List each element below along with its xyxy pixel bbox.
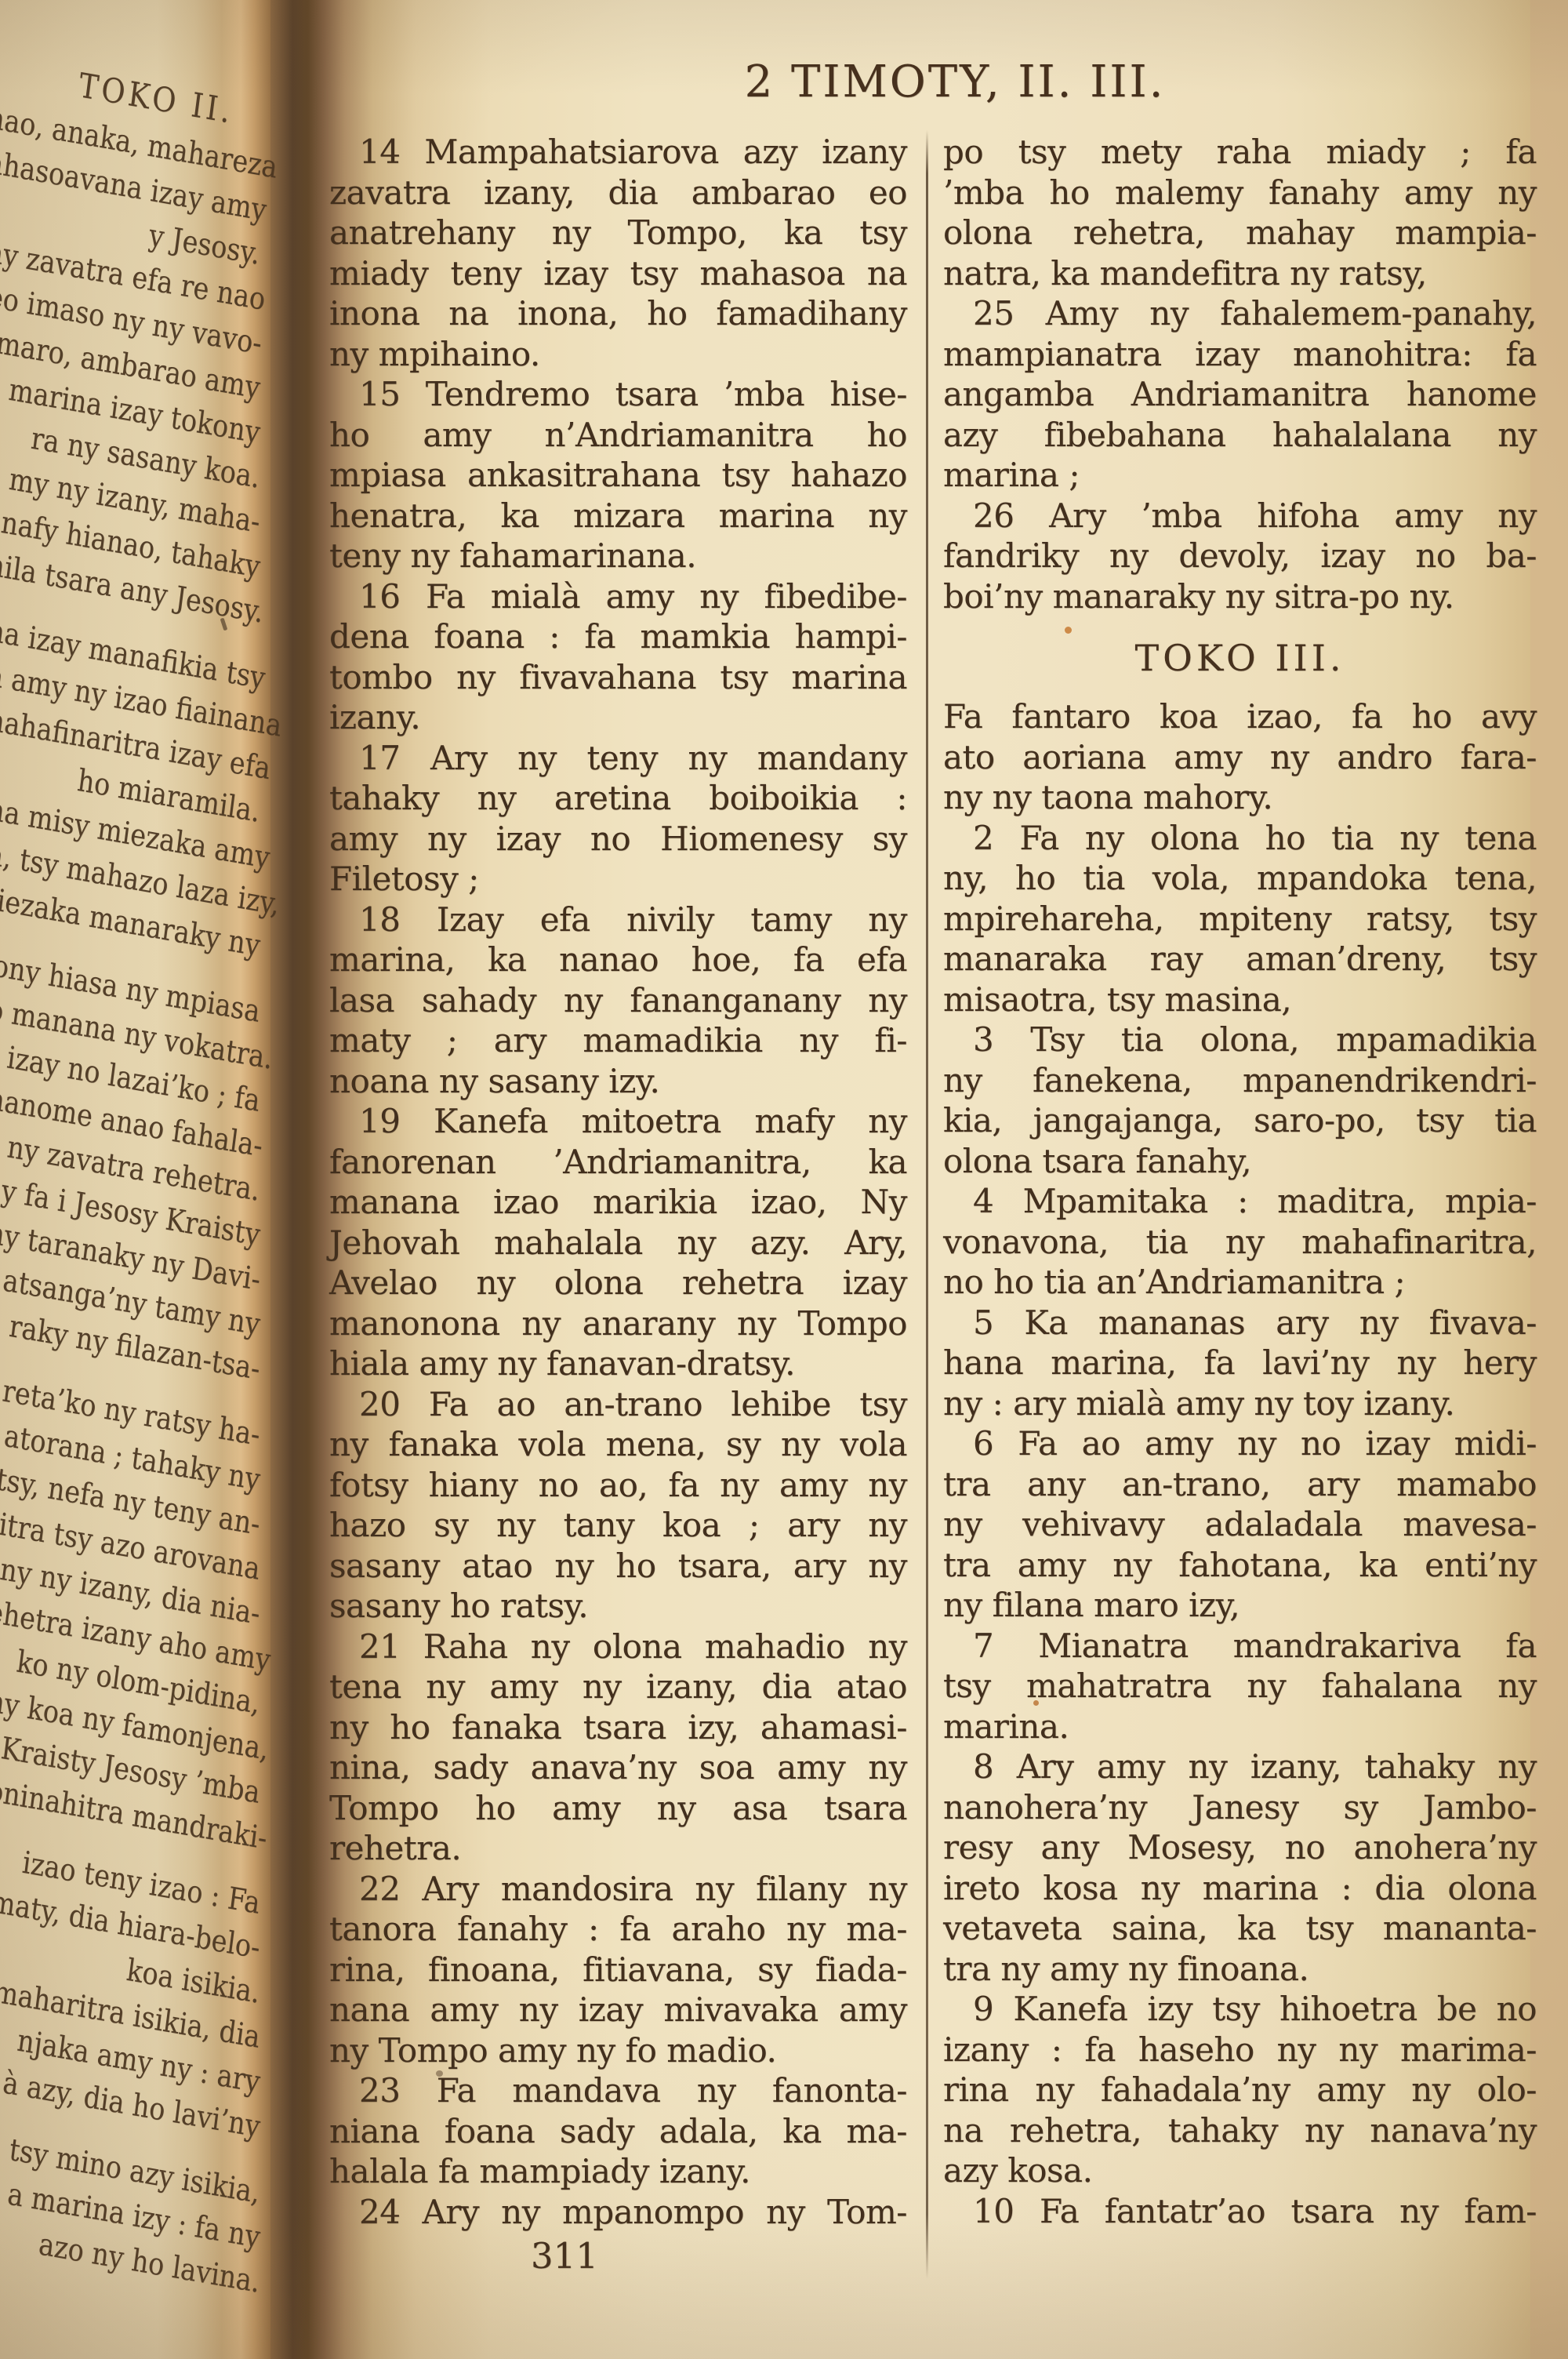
text-line: sasany atao ny ho tsara, ary ny bbox=[329, 1546, 907, 1587]
text-line: 24 Ary ny mpanompo ny Tom- bbox=[329, 2192, 907, 2233]
text-line: ny fanekena, mpanendrikendri- bbox=[943, 1060, 1537, 1101]
text-line: tra any an-trano, ary mamabo bbox=[943, 1464, 1537, 1505]
text-line: nina, sady anava’ny soa amy ny bbox=[329, 1747, 907, 1788]
text-line: 21 Raha ny olona mahadio ny bbox=[329, 1627, 907, 1667]
text-line: fotsy hiany no ao, fa ny amy ny bbox=[329, 1465, 907, 1506]
text-line: rina ny fahadala’ny amy ny olo- bbox=[943, 2070, 1537, 2110]
text-line: 9 Kanefa izy tsy hihoetra be no bbox=[943, 1989, 1537, 2030]
text-line: 15 Tendremo tsara ’mba hise- bbox=[329, 374, 907, 415]
text-line: Avelao ny olona rehetra izay bbox=[329, 1263, 907, 1303]
paper-speck bbox=[1033, 1700, 1039, 1706]
text-line: kia, jangajanga, saro-po, tsy tia bbox=[943, 1100, 1537, 1141]
text-line: ny filana maro izy, bbox=[943, 1585, 1537, 1626]
text-line: boi’ny manaraky ny sitra-po ny. bbox=[943, 576, 1537, 617]
text-line: hana marina, fa lavi’ny ny hery bbox=[943, 1343, 1537, 1383]
text-line: 23 Fa mandava ny fanonta- bbox=[329, 2070, 907, 2111]
text-line: ho amy n’Andriamanitra ho bbox=[329, 415, 907, 456]
text-line: 16 Fa mialà amy ny fibedibe- bbox=[329, 576, 907, 617]
text-line: maty ; ary mamadikia ny fi- bbox=[329, 1020, 907, 1061]
text-line: anatrehany ny Tompo, ka tsy bbox=[329, 213, 907, 253]
text-line: fandriky ny devoly, izay no ba- bbox=[943, 536, 1537, 576]
text-line: ny mpihaino. bbox=[329, 334, 907, 375]
text-line: 6 Fa ao amy ny no izay midi- bbox=[943, 1423, 1537, 1464]
text-line: tra amy ny fahotana, ka enti’ny bbox=[943, 1545, 1537, 1586]
text-line: 8 Ary amy ny izany, tahaky ny bbox=[943, 1747, 1537, 1787]
text-line: vetaveta saina, ka tsy mananta- bbox=[943, 1908, 1537, 1949]
text-line: teny ny fahamarinana. bbox=[329, 536, 907, 576]
text-line: niana foana sady adala, ka ma- bbox=[329, 2111, 907, 2152]
text-line: 7 Mianatra mandrakariva fa bbox=[943, 1626, 1537, 1667]
text-line: 20 Fa ao an-trano lehibe tsy bbox=[329, 1384, 907, 1425]
text-line: dena foana : fa mamkia hampi- bbox=[329, 616, 907, 657]
text-line: mpirehareha, mpiteny ratsy, tsy bbox=[943, 899, 1537, 940]
text-line: sasany ho ratsy. bbox=[329, 1586, 907, 1627]
text-line: manana izao marikia izao, Ny bbox=[329, 1182, 907, 1223]
text-line: henatra, ka mizara marina ny bbox=[329, 496, 907, 536]
text-line: mpiasa ankasitrahana tsy hahazo bbox=[329, 455, 907, 496]
text-line: angamba Andriamanitra hanome bbox=[943, 374, 1537, 415]
left-column: 14 Mampahatsiarova azy izanyzavatra izan… bbox=[329, 132, 907, 2232]
text-line: manonona ny anarany ny Tompo bbox=[329, 1303, 907, 1344]
paper-speck bbox=[1065, 627, 1072, 634]
text-line: 25 Amy ny fahalemem-panahy, bbox=[943, 293, 1537, 334]
text-line: tanora fanahy : fa araho ny ma- bbox=[329, 1909, 907, 1950]
book-photo: { "page": { "header": "2 TIMOTY, II. III… bbox=[0, 0, 1568, 2359]
text-line: halala fa mampiady izany. bbox=[329, 2151, 907, 2192]
text-line: 22 Ary mandosira ny filany ny bbox=[329, 1869, 907, 1910]
text-line: Tompo ho amy ny asa tsara bbox=[329, 1788, 907, 1829]
text-line: 5 Ka mananas ary ny fivava- bbox=[943, 1303, 1537, 1343]
text-line: inona na inona, ho famadihany bbox=[329, 293, 907, 334]
ink-fleck bbox=[436, 2070, 443, 2077]
page-number: 311 bbox=[329, 2235, 800, 2277]
text-line: olona tsara fanahy, bbox=[943, 1141, 1537, 1182]
text-line: 4 Mpamitaka : maditra, mpia- bbox=[943, 1181, 1537, 1222]
text-line: manaraka ray aman’dreny, tsy bbox=[943, 939, 1537, 980]
facing-page-text: TOKO II.nao, anaka, maharezaahasoavana i… bbox=[0, 91, 259, 2305]
text-line: miady teny izay tsy mahasoa na bbox=[329, 253, 907, 294]
text-line: marina, ka nanao hoe, fa efa bbox=[329, 940, 907, 980]
text-line: 17 Ary ny teny ny mandany bbox=[329, 738, 907, 779]
text-line: nanohera’ny Janesy sy Jambo- bbox=[943, 1787, 1537, 1828]
text-line: rehetra. bbox=[329, 1828, 907, 1869]
running-head: 2 TIMOTY, II. III. bbox=[351, 56, 1559, 107]
text-line: 26 Ary ’mba hifoha amy ny bbox=[943, 496, 1537, 536]
text-line: 18 Izay efa nivily tamy ny bbox=[329, 900, 907, 940]
text-line: tahaky ny aretina boiboikia : bbox=[329, 778, 907, 819]
text-line: TOKO III. bbox=[943, 616, 1537, 696]
text-line: hazo sy ny tany koa ; ary ny bbox=[329, 1505, 907, 1546]
text-line: marina ; bbox=[943, 455, 1537, 496]
text-line: marina. bbox=[943, 1707, 1537, 1747]
text-line: fanorenan ’Andriamanitra, ka bbox=[329, 1142, 907, 1183]
text-line: 14 Mampahatsiarova azy izany bbox=[329, 132, 907, 173]
text-line: ny fanaka vola mena, sy ny vola bbox=[329, 1424, 907, 1465]
column-divider bbox=[926, 130, 928, 2279]
text-line: Fa fantaro koa izao, fa ho avy bbox=[943, 696, 1537, 737]
text-line: ato aoriana amy ny andro fara- bbox=[943, 737, 1537, 778]
text-line: tsy mahatratra ny fahalana ny bbox=[943, 1666, 1537, 1707]
text-line: 3 Tsy tia olona, mpamadikia bbox=[943, 1020, 1537, 1060]
text-line: azy kosa. bbox=[943, 2150, 1537, 2191]
text-line: azy fibebahana hahalalana ny bbox=[943, 415, 1537, 456]
text-line: 10 Fa fantatr’ao tsara ny fam- bbox=[943, 2191, 1537, 2232]
text-line: ny ny taona mahory. bbox=[943, 777, 1537, 818]
text-line: ireto kosa ny marina : dia olona bbox=[943, 1868, 1537, 1909]
text-line: ny, ho tia vola, mpandoka tena, bbox=[943, 858, 1537, 899]
text-line: izany : fa haseho ny ny marima- bbox=[943, 2030, 1537, 2070]
text-line: Filetosy ; bbox=[329, 859, 907, 900]
text-line: tra ny amy ny finoana. bbox=[943, 1949, 1537, 1990]
text-line: hiala amy ny fanavan-dratsy. bbox=[329, 1343, 907, 1384]
right-column: po tsy mety raha miady ; fa’mba ho malem… bbox=[943, 132, 1537, 2231]
text-line: zavatra izany, dia ambarao eo bbox=[329, 173, 907, 213]
text-line: ny Tompo amy ny fo madio. bbox=[329, 2030, 907, 2071]
text-line: ny : ary mialà amy ny toy izany. bbox=[943, 1383, 1537, 1424]
text-line: izany. bbox=[329, 697, 907, 738]
text-line: mampianatra izay manohitra: fa bbox=[943, 334, 1537, 375]
text-line: 19 Kanefa mitoetra mafy ny bbox=[329, 1101, 907, 1142]
text-line: tombo ny fivavahana tsy marina bbox=[329, 657, 907, 698]
text-line: na rehetra, tahaky ny nanava’ny bbox=[943, 2110, 1537, 2151]
text-line: amy ny izay no Hiomenesy sy bbox=[329, 819, 907, 860]
text-line: ny vehivavy adaladala mavesa- bbox=[943, 1504, 1537, 1545]
text-line: resy any Mosesy, no anohera’ny bbox=[943, 1827, 1537, 1868]
text-line: natra, ka mandefitra ny ratsy, bbox=[943, 253, 1537, 294]
text-line: misaotra, tsy masina, bbox=[943, 980, 1537, 1020]
text-line: vonavona, tia ny mahafinaritra, bbox=[943, 1222, 1537, 1263]
text-line: rina, finoana, fitiavana, sy fiada- bbox=[329, 1950, 907, 1990]
text-line: 2 Fa ny olona ho tia ny tena bbox=[943, 818, 1537, 859]
text-line: lasa sahady ny fananganany ny bbox=[329, 980, 907, 1021]
text-line: tena ny amy ny izany, dia atao bbox=[329, 1667, 907, 1707]
text-line: noana ny sasany izy. bbox=[329, 1061, 907, 1102]
text-line: olona rehetra, mahay mampia- bbox=[943, 213, 1537, 253]
text-line: nana amy ny izay mivavaka amy bbox=[329, 1990, 907, 2030]
text-line: no ho tia an’Andriamanitra ; bbox=[943, 1262, 1537, 1303]
text-line: po tsy mety raha miady ; fa bbox=[943, 132, 1537, 173]
text-line: ’mba ho malemy fanahy amy ny bbox=[943, 173, 1537, 213]
text-line: Jehovah mahalala ny azy. Ary, bbox=[329, 1223, 907, 1263]
text-line: ny ho fanaka tsara izy, ahamasi- bbox=[329, 1707, 907, 1748]
